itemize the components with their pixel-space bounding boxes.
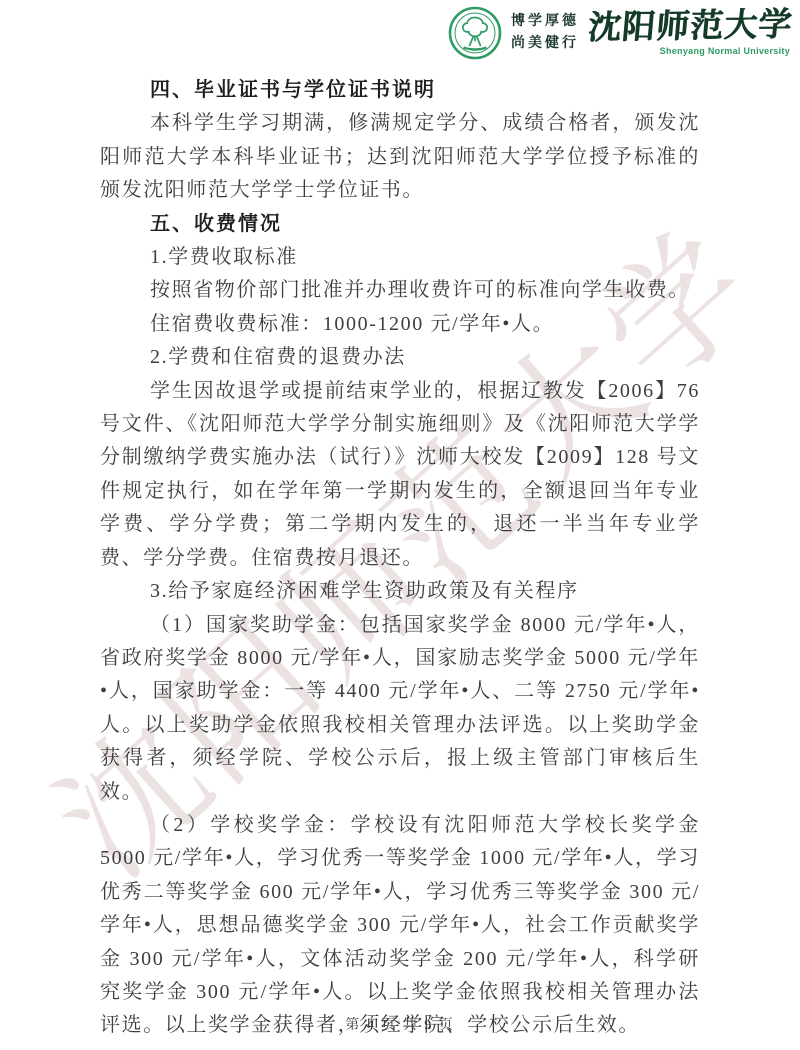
paragraph: （2）学校奖学金：学校设有沈阳师范大学校长奖学金 5000 元/学年•人，学习优… bbox=[100, 809, 700, 1043]
paragraph: （1）国家奖助学金：包括国家奖学金 8000 元/学年•人，省政府奖学金 800… bbox=[100, 609, 700, 809]
section-heading: 五、收费情况 bbox=[100, 208, 700, 241]
document-page: { "colors": { "brand_green": "#2f9c63", … bbox=[0, 0, 800, 1050]
paragraph: 按照省物价部门批准并办理收费许可的标准向学生收费。 bbox=[100, 274, 700, 307]
university-name-english: Shenyang Normal University bbox=[660, 46, 790, 56]
university-name-block: 沈阳师范大学 Shenyang Normal University bbox=[588, 10, 792, 56]
subheading: 3.给予家庭经济困难学生资助政策及有关程序 bbox=[100, 575, 700, 608]
university-name: 沈阳师范大学 bbox=[586, 8, 793, 46]
paragraph: 住宿费收费标准：1000-1200 元/学年•人。 bbox=[100, 308, 700, 341]
page-footer: 第 4 页 共 9 页 bbox=[0, 1014, 800, 1034]
university-motto: 博学厚德 尚美健行 bbox=[511, 11, 579, 54]
university-header: 博学厚德 尚美健行 沈阳师范大学 Shenyang Normal Univers… bbox=[448, 6, 792, 60]
motto-line-2: 尚美健行 bbox=[511, 33, 579, 55]
paragraph: 本科学生学习期满，修满规定学分、成绩合格者，颁发沈阳师范大学本科毕业证书；达到沈… bbox=[100, 107, 700, 207]
section-heading: 四、毕业证书与学位证书说明 bbox=[100, 74, 700, 107]
university-emblem-icon bbox=[448, 6, 502, 60]
motto-line-1: 博学厚德 bbox=[511, 11, 579, 33]
document-body: 四、毕业证书与学位证书说明本科学生学习期满，修满规定学分、成绩合格者，颁发沈阳师… bbox=[100, 74, 700, 1043]
subheading: 1.学费收取标准 bbox=[100, 241, 700, 274]
subheading: 2.学费和住宿费的退费办法 bbox=[100, 341, 700, 374]
paragraph: 学生因故退学或提前结束学业的，根据辽教发【2006】76 号文件、《沈阳师范大学… bbox=[100, 375, 700, 575]
page-number-label: 第 4 页 共 9 页 bbox=[345, 1018, 455, 1033]
